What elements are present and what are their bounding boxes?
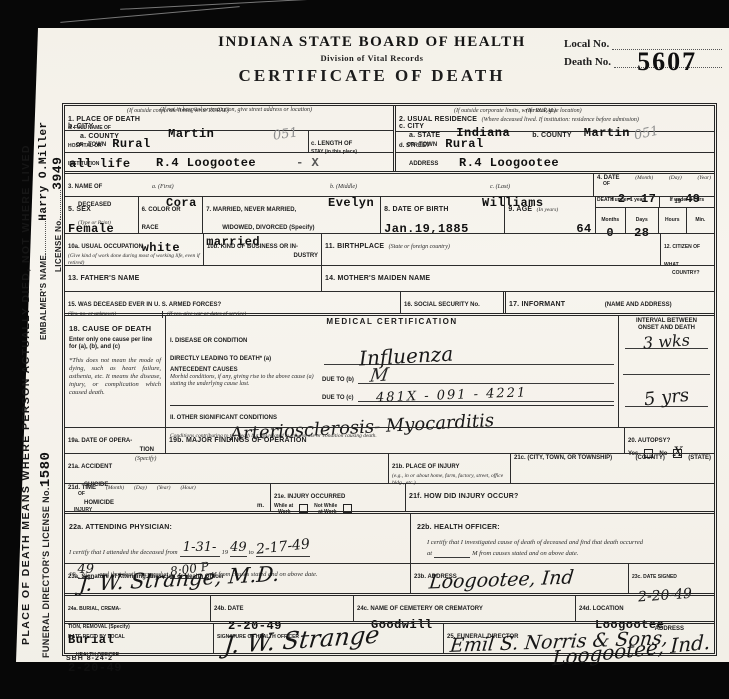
row-cause-of-death: 18. CAUSE OF DEATH Enter only one cause …	[65, 313, 714, 427]
s24c-label: 24c. NAME OF CEMETERY OR CREMATORY	[357, 606, 483, 612]
certificate-sheet: PLACE OF DEATH MEANS WHERE PERSON ACTUAL…	[12, 28, 729, 662]
s3-last-label: c. (Last)	[490, 184, 510, 190]
s18-disease-value: Influenza	[359, 343, 454, 368]
s9-label2: (In years)	[537, 207, 559, 213]
s21b-label: 21b. PLACE OF INJURY	[392, 464, 459, 470]
s4-of-label: OF	[603, 182, 614, 188]
s2-city-label: c. CITY	[399, 123, 424, 130]
s22a-text1: I certify that I attended the deceased f…	[69, 549, 178, 557]
section-3-name: 3. NAME OF DECEASED (Type or Print) a. (…	[65, 174, 593, 196]
section-24d-location: 24d. LOCATION Loogootee	[575, 596, 714, 621]
section-2-usual-residence: 2. USUAL RESIDENCE (Where deceased lived…	[393, 106, 714, 171]
row-parents: 13. FATHER'S NAME 14. MOTHER'S MAIDEN NA…	[65, 265, 714, 291]
s22a-to-value: 2-17-49	[255, 537, 310, 557]
s23c-label: 23c. DATE SIGNED	[632, 574, 677, 580]
s18-disease-label: I. DISEASE OR CONDITION	[170, 338, 247, 344]
s22a-yr1-value: 49	[230, 540, 247, 555]
s20-label: 20. AUTOPSY?	[628, 438, 670, 444]
funeral-license-value: 1580	[38, 452, 54, 488]
death-no-label: Death No.	[564, 56, 611, 68]
s21f-label: 21f. HOW DID INJURY OCCUR?	[409, 493, 518, 500]
local-no-value: 5607	[637, 47, 697, 76]
s18-due-c-label: DUE TO (c)	[322, 395, 354, 402]
form-number: SBH 8-24-2	[66, 655, 113, 662]
s2-line-d: d. STREET ADDRESS (If rural, give locati…	[396, 152, 714, 171]
s2-street-label: d. STREET	[399, 143, 430, 149]
s19b-label: 19b. MAJOR FINDINGS OF OPERATION	[169, 437, 307, 444]
row-name-dod: 3. NAME OF DECEASED (Type or Print) a. (…	[65, 171, 714, 196]
s10b-label2: DUSTRY	[207, 253, 318, 260]
local-no-line: 5607	[612, 38, 722, 50]
row-injury-place: 21a. ACCIDENT (Specify) SUICIDE HOMICIDE…	[65, 453, 714, 483]
section-21c-injury-location: 21c. (CITY, TOWN, OR TOWNSHIP) (COUNTY) …	[510, 454, 714, 483]
section-21f-how-injury: 21f. HOW DID INJURY OCCUR?	[405, 484, 714, 511]
row-demographics: 5. SEX Female 6. COLOR OR RACE white 7. …	[65, 196, 714, 233]
row-injury-time: 21d. TIME (Month) (Day) (Year) (Hour) OF…	[65, 483, 714, 511]
section-18-medical-certification: MEDICAL CERTIFICATION I. DISEASE OR COND…	[165, 316, 618, 427]
s21e-label: 21e. INJURY OCCURRED	[274, 494, 345, 500]
s2-county-label: b. COUNTY	[532, 132, 572, 140]
ho-sig-value: J. W. Strange	[223, 622, 381, 657]
section-9-age: 9. AGE (In years) 64	[504, 197, 594, 233]
s1-hosp-marks: - X	[296, 156, 319, 170]
s22a-label: 22a. ATTENDING PHYSICIAN:	[69, 524, 172, 531]
s14-label: 14. MOTHER'S MAIDEN NAME	[325, 275, 430, 282]
section-4-date-of-death: 4. DATE (Month) (Day) (Year) OF DEATH 2-…	[593, 174, 714, 196]
s2-title-hint: (Where deceased lived. If institution: r…	[482, 117, 639, 123]
s7-label2: WIDOWED, DIVORCED (Specify)	[222, 225, 314, 231]
s22a-yr-prefix1: 19	[222, 549, 229, 557]
section-10b-business: 10b. KIND OF BUSINESS OR IN- DUSTRY	[203, 234, 321, 265]
section-9-age-subcolumns: If under 1 year If under 24 hrs Months 0…	[595, 197, 714, 233]
section-10a-occupation: 10a. USUAL OCCUPATION (Give kind of work…	[65, 234, 203, 265]
s17-label: 17. INFORMANT	[509, 301, 565, 308]
s11-label: 11. BIRTHPLACE	[325, 243, 384, 250]
s21c-state-label: (STATE)	[688, 455, 711, 482]
s21d-day-label: (Day)	[134, 485, 147, 492]
section-11-birthplace: 11. BIRTHPLACE (State or foreign country…	[321, 234, 660, 265]
s18-label: 18. CAUSE OF DEATH	[69, 324, 151, 333]
s21d-year-label: (Year)	[157, 485, 171, 492]
film-border-top	[0, 0, 729, 28]
s18-antecedent-note: Morbid conditions, if any, giving rise t…	[170, 374, 322, 402]
header-numbers: Local No. 5607 Death No.	[564, 38, 722, 74]
s9-months-label: Months	[601, 217, 619, 223]
row-operation-autopsy: 19a. DATE OF OPERA- TION 19b. MAJOR FIND…	[65, 427, 714, 453]
s24d-label: 24d. LOCATION	[579, 606, 624, 612]
section-21b-place-of-injury: 21b. PLACE OF INJURY (e.g., in or about …	[388, 454, 510, 483]
row-signature: 23a. Signature of Attending Physician or…	[65, 563, 714, 593]
s8-label: 8. DATE OF BIRTH	[384, 206, 449, 213]
s13-label: 13. FATHER'S NAME	[68, 275, 139, 282]
s6-label: 6. COLOR OR RACE	[142, 207, 181, 231]
margin-funeral-license-line: FUNERAL DIRECTOR'S LICENSE No.1580	[36, 386, 54, 658]
s16-label: 16. SOCIAL SECURITY No.	[404, 302, 480, 308]
s15-label: 15. WAS DECEASED EVER IN U. S. ARMED FOR…	[68, 302, 221, 308]
s1-stay-label: c. LENGTH OF	[311, 141, 352, 147]
s18-due-b-value: M	[369, 366, 390, 386]
section-8-date-of-birth: 8. DATE OF BIRTH Jan.19,1885	[380, 197, 504, 233]
s1-hosp-value: R.4 Loogootee	[156, 156, 256, 170]
section-24c-cemetery: 24c. NAME OF CEMETERY OR CREMATORY Goodw…	[353, 596, 575, 621]
s11-hint: (State or foreign country)	[389, 244, 450, 250]
section-7-marital: 7. MARRIED, NEVER MARRIED, WIDOWED, DIVO…	[202, 197, 380, 233]
s24a-label: 24a. BURIAL, CREMA-	[68, 606, 121, 612]
s22b-text2b: M from causes stated and on above date.	[472, 550, 578, 558]
s24b-label: 24b. DATE	[214, 606, 244, 612]
s18-other-label: II. OTHER SIGNIFICANT CONDITIONS	[170, 415, 277, 421]
s5-label: 5. SEX	[68, 206, 91, 213]
section-14-mother: 14. MOTHER'S MAIDEN NAME	[321, 266, 714, 291]
s9-label: 9. AGE	[508, 206, 532, 213]
s22b-text2a: at	[427, 550, 432, 558]
section-20-autopsy: 20. AUTOPSY? Yes No X	[624, 428, 714, 453]
s18-disease-line: I. DISEASE OR CONDITION DIRECTLY LEADING…	[170, 329, 614, 365]
s21d-month-label: (Month)	[106, 485, 124, 492]
s1-hosp-hint: (If not in hospital or institution, give…	[160, 107, 312, 114]
s22b-label: 22b. HEALTH OFFICER:	[417, 524, 500, 531]
s9-min-label: Min.	[695, 217, 705, 223]
section-22a-attending-physician: 22a. ATTENDING PHYSICIAN: I certify that…	[65, 514, 410, 563]
section-17-informant: 17. INFORMANT (NAME AND ADDRESS)	[503, 292, 714, 313]
medical-certification-title: MEDICAL CERTIFICATION	[170, 317, 614, 327]
s18-due-c-value: 481X - 091 - 4221	[375, 386, 527, 404]
s9-hours-label: Hours	[665, 217, 679, 223]
section-1-place-of-death: 1. PLACE OF DEATH a. COUNTY Martin 051 b…	[65, 106, 393, 171]
section-18-interval-column: INTERVAL BETWEEN ONSET AND DEATH 3 wks 5…	[618, 316, 714, 427]
section-13-father: 13. FATHER'S NAME	[65, 266, 321, 291]
section-19b-findings: 19b. MAJOR FINDINGS OF OPERATION	[165, 428, 624, 453]
s10a-label: 10a. USUAL OCCUPATION	[68, 244, 143, 250]
s9-under24-header: If under 24 hrs	[660, 197, 714, 207]
section-24b-date: 24b. DATE 2-20-49	[210, 596, 353, 621]
interval-a-value: 3 wks	[643, 333, 691, 352]
section-22b-health-officer: 22b. HEALTH OFFICER: I certify that I in…	[410, 514, 714, 563]
section-23a-signature: 23a. Signature of Attending Physician or…	[65, 564, 410, 593]
s21c-county-label: (COUNTY)	[636, 455, 665, 482]
local-no-row: Local No. 5607	[564, 38, 722, 50]
s21c-label: 21c. (CITY, TOWN, OR TOWNSHIP)	[514, 455, 612, 482]
interval-label: INTERVAL BETWEEN	[621, 318, 712, 325]
s9-days-label: Days	[636, 217, 648, 223]
row-place-residence: 1. PLACE OF DEATH a. COUNTY Martin 051 b…	[65, 106, 714, 171]
section-5-sex: 5. SEX Female	[65, 197, 138, 233]
s22a-to-label: to	[249, 549, 254, 557]
s4-day-label: (Day)	[669, 175, 682, 182]
s2-street-label2: ADDRESS	[409, 161, 438, 167]
section-23c-date-signed: 23c. DATE SIGNED 2-20-49	[628, 564, 714, 593]
s18-due-c-fill: 481X - 091 - 4221	[358, 392, 614, 402]
section-12-citizen: 12. CITIZEN OF WHAT COUNTRY?	[660, 234, 714, 265]
s1-county-code: 051	[273, 126, 299, 142]
s4-month-label: (Month)	[635, 175, 653, 182]
s4-year-label: (Year)	[697, 175, 711, 182]
interval-ii-line: 5 yrs	[625, 375, 708, 407]
form-table: 1. PLACE OF DEATH a. COUNTY Martin 051 b…	[62, 103, 717, 656]
section-24a-burial: 24a. BURIAL, CREMA- TION, REMOVAL (Speci…	[65, 596, 210, 621]
s2-street-hint: (If rural, give location)	[526, 108, 582, 115]
section-19a-date-of-operation: 19a. DATE OF OPERA- TION	[65, 428, 165, 453]
section-15-armed-forces: 15. WAS DECEASED EVER IN U. S. ARMED FOR…	[65, 292, 400, 313]
interval-mid-line	[623, 349, 710, 375]
s17-hint: (NAME AND ADDRESS)	[605, 302, 672, 308]
s18-note1: Enter only one cause per line for (a), (…	[69, 337, 161, 351]
funeral-license-label: FUNERAL DIRECTOR'S LICENSE No.	[41, 487, 51, 658]
recd-value: 2-20-49	[68, 661, 210, 675]
s23a-signature-value: J. W. Strange, M.D.	[78, 564, 280, 596]
row-burial: 24a. BURIAL, CREMA- TION, REMOVAL (Speci…	[65, 593, 714, 621]
s21a-hint: (Specify)	[135, 456, 156, 463]
section-health-officer-signature: SIGNATURE OF HEALTH OFFICER J. W. Strang…	[213, 624, 443, 653]
s18-due-b-label: DUE TO (b)	[322, 377, 354, 384]
s21d-of-label: OF	[78, 492, 267, 498]
interval-a-line: 3 wks	[625, 334, 708, 349]
s23b-address-value: Loogootee, Ind	[428, 568, 575, 592]
section-date-received: DATE REC'D BY LOCAL HEALTH OFFICER 2-20-…	[65, 624, 213, 653]
dotted-leader	[53, 190, 61, 218]
row-service-informant: 15. WAS DECEASED EVER IN U. S. ARMED FOR…	[65, 291, 714, 313]
s21d-m-label: m.	[257, 503, 264, 510]
s19a-label: 19a. DATE OF OPERA-	[68, 438, 132, 444]
local-no-label: Local No.	[564, 38, 609, 50]
s3-first-label: a. (First)	[152, 184, 174, 190]
section-21d-time-of-injury: 21d. TIME (Month) (Day) (Year) (Hour) OF…	[65, 484, 270, 511]
s22b-text1: I certify that I investigated cause of d…	[427, 539, 708, 547]
recd-label: DATE REC'D BY LOCAL	[68, 634, 125, 640]
row-occupation: 10a. USUAL OCCUPATION (Give kind of work…	[65, 233, 714, 265]
s18-note2: *This does not mean the mode of dying, s…	[69, 357, 161, 396]
s3-middle-label: b. (Middle)	[330, 184, 357, 190]
section-21a-accident: 21a. ACCIDENT (Specify) SUICIDE HOMICIDE	[65, 454, 388, 483]
section-18-cause-sidebar: 18. CAUSE OF DEATH Enter only one cause …	[65, 316, 165, 427]
section-6-color-race: 6. COLOR OR RACE white	[138, 197, 203, 233]
s2-street-value: R.4 Loogootee	[459, 156, 559, 170]
interval-ii-value: 5 yrs	[643, 387, 690, 410]
s7-label: 7. MARRIED, NEVER MARRIED,	[206, 207, 296, 213]
s18-disease-label2: DIRECTLY LEADING TO DEATH* (a)	[170, 356, 271, 362]
embalmer-name-label: EMBALMER'S NAME	[39, 255, 48, 340]
row-certifier: 22a. ATTENDING PHYSICIAN: I certify that…	[65, 511, 714, 563]
s3-title: 3. NAME OF	[68, 184, 102, 190]
s21d-hour-label: (Hour)	[180, 485, 195, 492]
margin-place-of-death-note: PLACE OF DEATH MEANS WHERE PERSON ACTUAL…	[20, 100, 32, 645]
s1-hosp-label: d. FULL NAME OF	[68, 125, 111, 131]
s2-county-value: Martin	[584, 126, 630, 140]
dotted-leader	[38, 221, 46, 255]
s1-hosp-label2: HOSPITAL OR	[68, 143, 102, 149]
s18-due-b-fill: M	[358, 374, 614, 384]
s1-stay-label2: STAY (in this place)	[311, 150, 391, 156]
section-23b-address: 23b. ADDRESS Loogootee, Ind	[410, 564, 628, 593]
s1-stay-value: all life	[69, 157, 131, 171]
s10b-label: 10b. KIND OF BUSINESS OR IN-	[207, 244, 298, 250]
section-16-ssn: 16. SOCIAL SECURITY No.	[400, 292, 503, 313]
s18-disease-fill: Influenza	[324, 351, 614, 365]
film-border-left	[0, 0, 12, 699]
s18-antecedent-block: Morbid conditions, if any, giving rise t…	[170, 374, 614, 402]
s21a-label: 21a. ACCIDENT	[68, 464, 112, 470]
s22a-from-value: 1-31-	[183, 540, 217, 555]
s9-under1-header: If under 1 year	[596, 197, 660, 207]
death-certificate-scan: { "header": { "board": "INDIANA STATE BO…	[0, 0, 729, 699]
section-21e-injury-occurred: 21e. INJURY OCCURRED While atWork Not Wh…	[270, 484, 405, 511]
